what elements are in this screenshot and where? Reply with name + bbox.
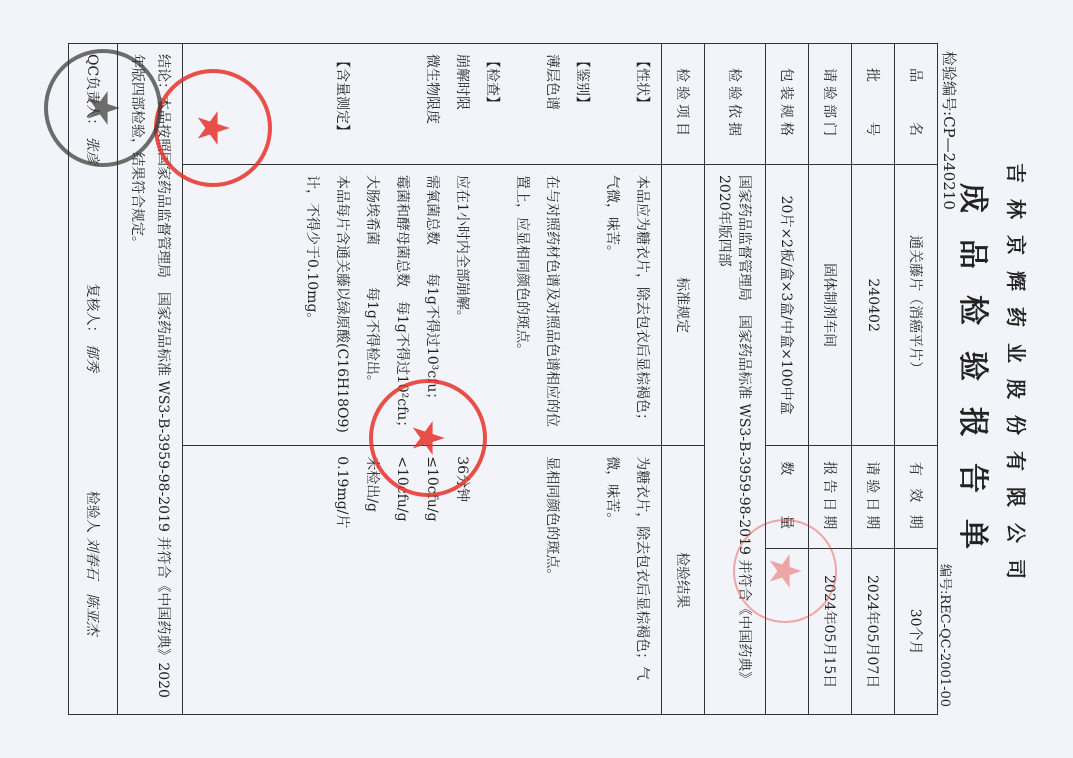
package-label: 包装规格: [765, 44, 808, 165]
reviewer-signature: 郁秀: [84, 344, 100, 372]
validity-label: 有 效 期: [894, 446, 937, 549]
red-stamp-exclusive: ★: [369, 379, 487, 497]
basis: 国家药品监督管理局 国家药品标准 WS3-B-3959-98-2019 并符合《…: [704, 165, 765, 715]
test-item: [387, 54, 417, 154]
test-item: [357, 54, 387, 154]
test-item: 【鉴别】: [567, 54, 597, 154]
request-date: 2024年05月07日: [851, 549, 894, 715]
test-standard: [567, 175, 597, 435]
request-dept-label: 请验部门: [808, 44, 851, 165]
test-standard: [477, 175, 507, 435]
product-name: 通关藤片（消癌平片）: [894, 165, 937, 446]
batch-label: 批 号: [851, 44, 894, 165]
test-result: 0.19mg/片: [297, 456, 357, 704]
validity: 30个月: [894, 549, 937, 715]
request-dept: 固体制剂车间: [808, 165, 851, 446]
test-result: 显相同颜色的斑点。: [507, 456, 567, 704]
test-result: 36分钟: [447, 456, 477, 704]
inspection-number: 检验编号:CP—240210: [939, 51, 960, 210]
red-stamp-main: ★: [154, 69, 272, 187]
col-standard: 标准规定: [661, 165, 704, 446]
test-item: 薄层色谱: [507, 54, 567, 154]
black-stamp: ★: [44, 49, 162, 167]
test-item: 【检查】: [477, 54, 507, 154]
col-item: 检验项目: [661, 44, 704, 165]
package: 20片×2板/盒×3盒/中盒×100中盒: [765, 165, 808, 446]
test-item: 【性状】: [597, 54, 657, 154]
batch: 240402: [851, 165, 894, 446]
test-result: 未检出/g: [357, 456, 387, 704]
test-standard: 本品应为糖衣片，除去包衣后显棕褐色；气微，味苦。: [597, 175, 657, 435]
test-result: [567, 456, 597, 704]
request-date-label: 请验日期: [851, 446, 894, 549]
test-result: 为糖衣片，除去包衣后显棕褐色；气微，味苦。: [597, 456, 657, 704]
inspector-signature: 刘春石 陈亚杰: [84, 537, 100, 635]
product-name-label: 品 名: [894, 44, 937, 165]
faint-stamp: ★: [733, 519, 837, 623]
col-result: 检验结果: [661, 446, 704, 715]
company-name: 吉林京辉药业股份有限公司: [1003, 29, 1032, 729]
test-item: 崩解时限: [447, 54, 477, 154]
inspection-report: 吉林京辉药业股份有限公司 成品检验报告单 检验编号:CP—240210 编号:R…: [32, 29, 1042, 729]
report-title: 成品检验报告单: [954, 29, 998, 729]
basis-label: 检验依据: [704, 44, 765, 165]
test-standard: 本品每片含通关藤以绿原酸(C16H18O9)计，不得少于0.10mg。: [297, 175, 357, 435]
test-item: 【含量测定】: [297, 54, 357, 154]
form-number: 编号:REC-QC-2001-00: [937, 564, 956, 707]
test-result: [477, 456, 507, 704]
test-standard: 大肠埃希菌 每1g不得检出。: [357, 175, 387, 435]
test-item: 微生物限度: [417, 54, 447, 154]
test-standard: 在与对照药材色谱及对照品色谱相应的位置上，应显相同颜色的斑点。: [507, 175, 567, 435]
